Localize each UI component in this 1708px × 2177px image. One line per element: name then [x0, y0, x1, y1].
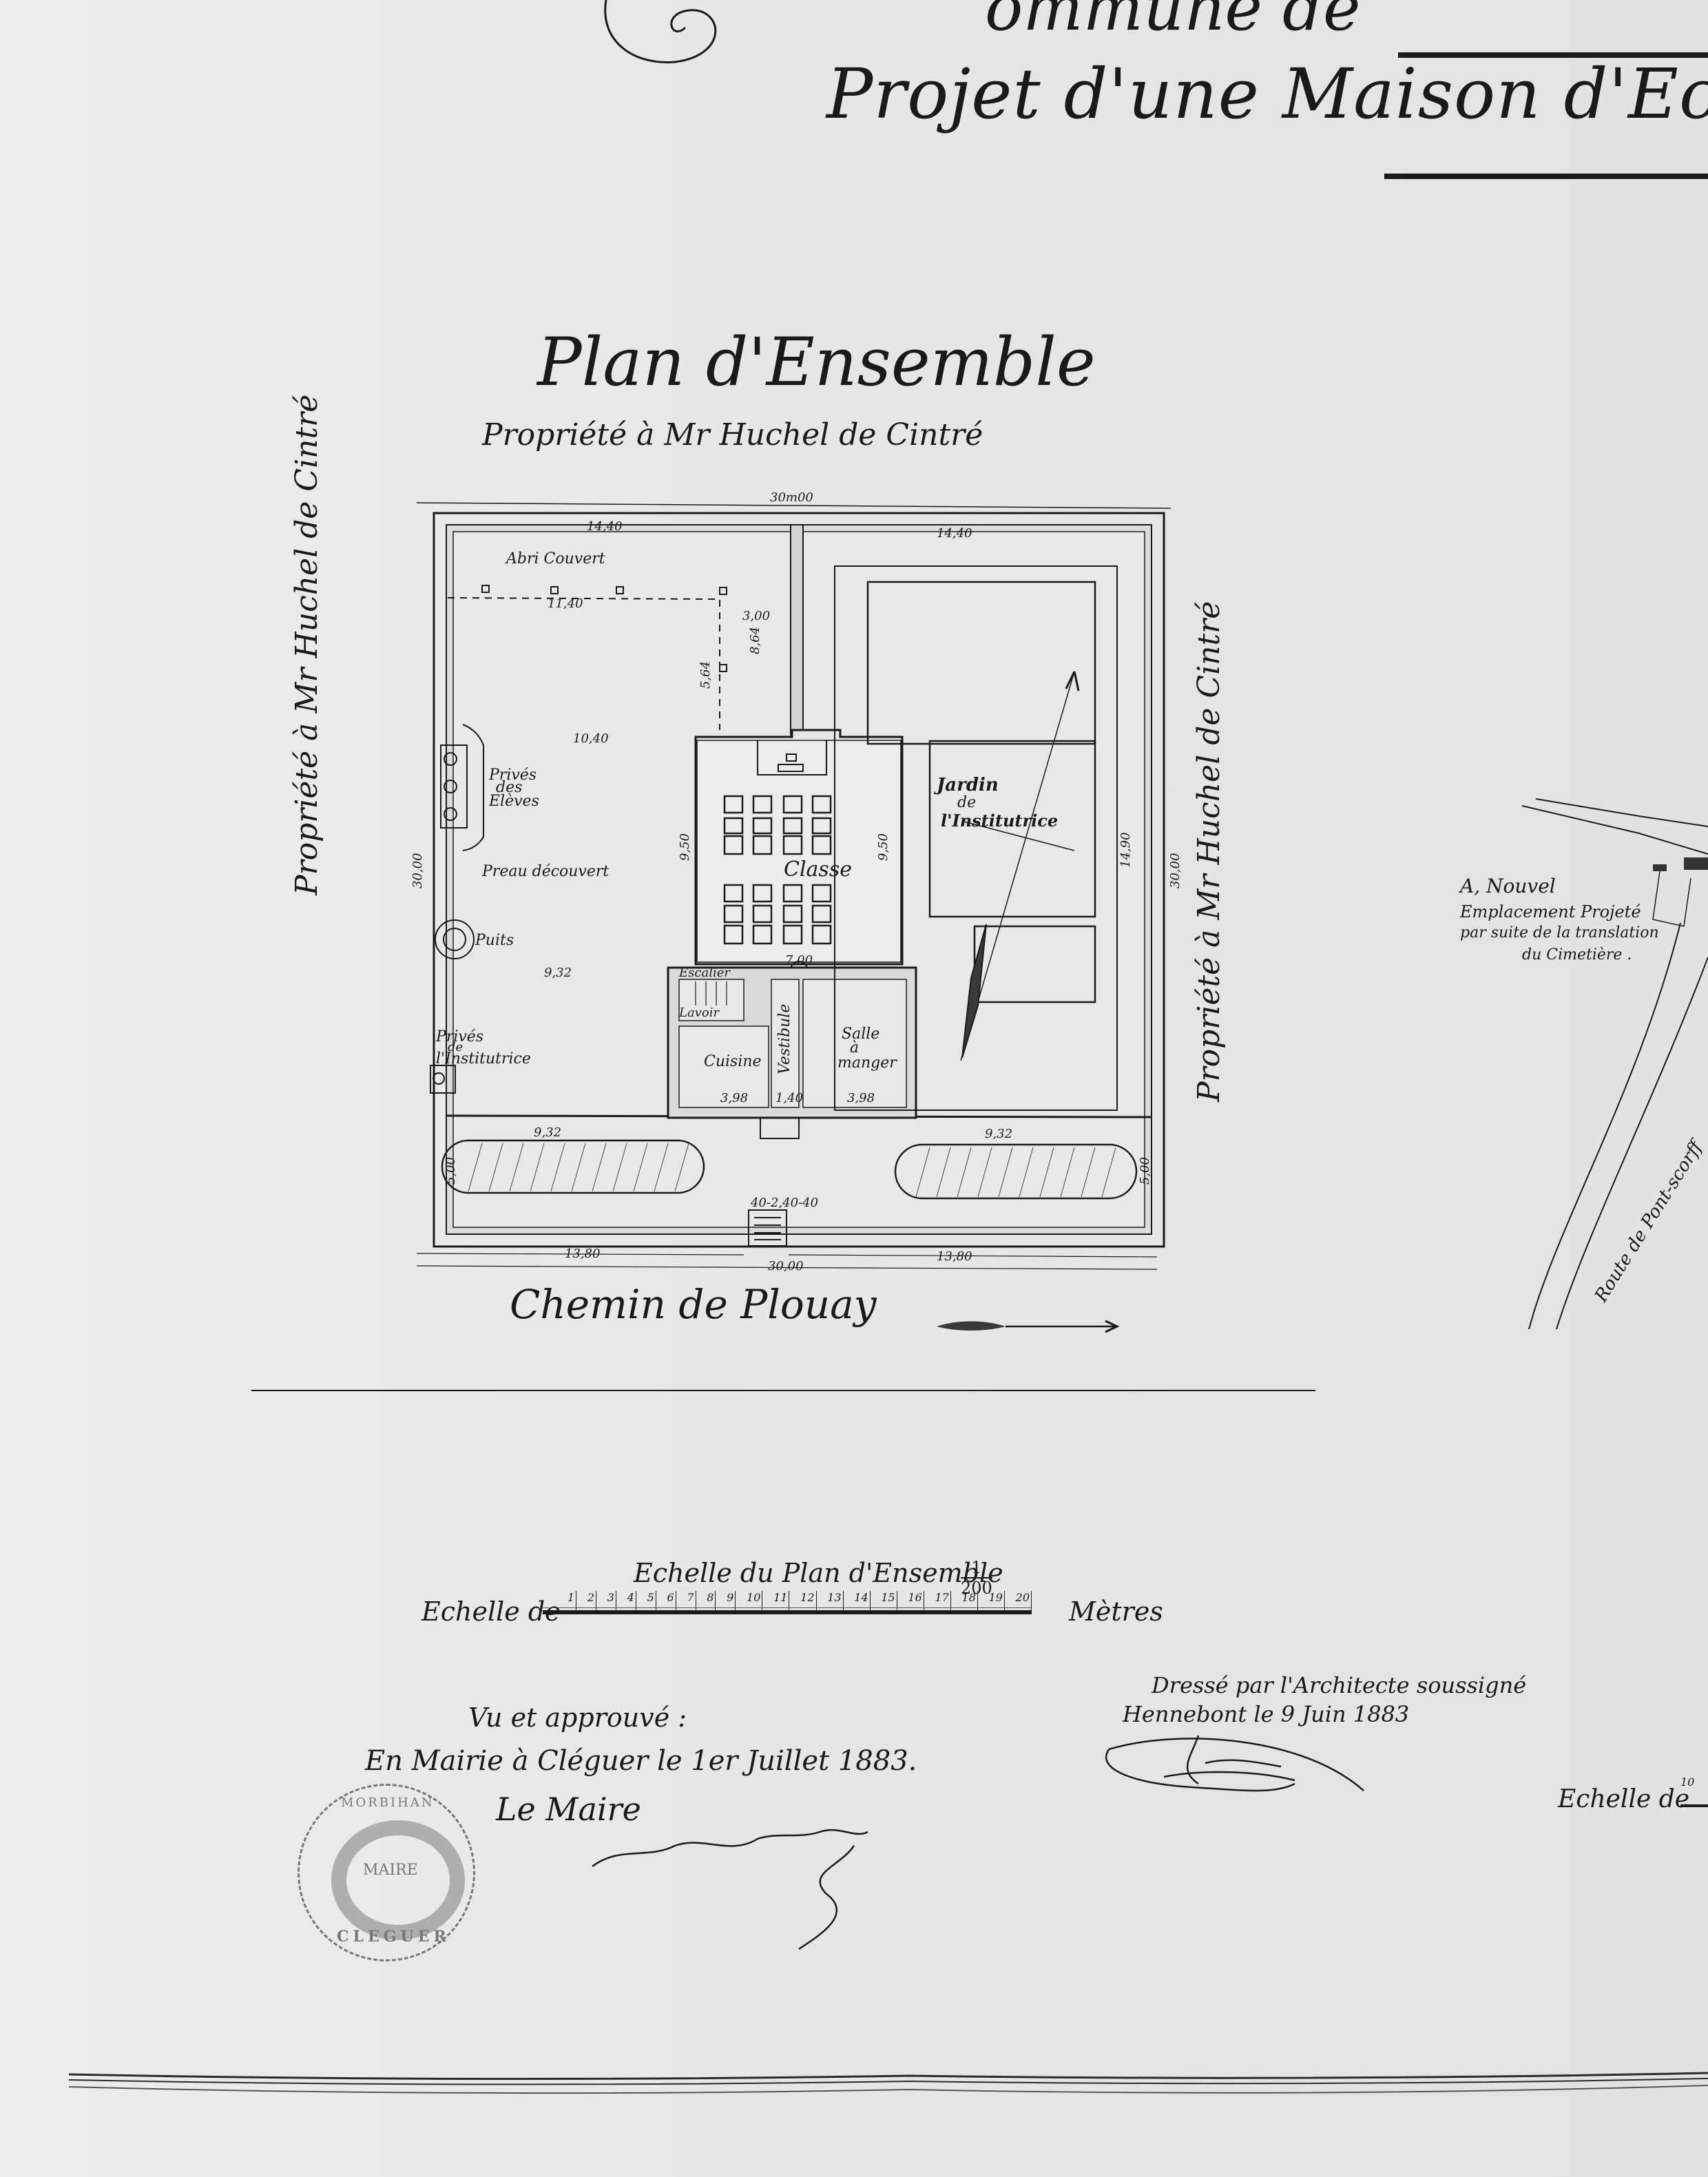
dim-front-depth-left: 5,00: [444, 1157, 458, 1185]
garden-label-2: de: [957, 794, 976, 811]
room-abri-label: Abri Couvert: [505, 550, 605, 567]
scale-title: Echelle du Plan d'Ensemble: [634, 1558, 1003, 1588]
scale-tick-label: 20: [1016, 1591, 1032, 1612]
scale-tick-label: 15: [881, 1591, 897, 1612]
dim-front-right: 9,32: [985, 1127, 1012, 1141]
room-preau-label: Preau découvert: [481, 863, 609, 880]
scale-tick-label: 14: [854, 1591, 870, 1612]
dim-classe-depth: 9,50: [678, 833, 692, 861]
architect-line2: Hennebont le 9 Juin 1883: [1123, 1701, 1409, 1727]
scale-tick-label: 19: [989, 1591, 1005, 1612]
dim-vestibule-width: 1,40: [775, 1091, 803, 1105]
separator-line: [251, 1390, 1315, 1391]
left-neighbor-label: Propriété à Mr Huchel de Cintré: [289, 395, 324, 895]
stamp-center-text: MAIRE: [363, 1862, 418, 1879]
garden-label-1: Jardin: [933, 775, 999, 795]
scale-tick-label: 17: [935, 1591, 950, 1612]
dim-overall-left: 30,00: [410, 853, 425, 888]
annex-label-line3: par suite de la translation: [1460, 924, 1659, 941]
scale-tick-label: 5: [647, 1591, 656, 1612]
scale-tick-label: 6: [667, 1591, 676, 1612]
room-prives-inst-3: l'Institutrice: [436, 1050, 531, 1067]
title-rule-bottom: [1384, 174, 1708, 179]
dim-classe-depth-right: 9,50: [876, 833, 891, 861]
stamp-top-text: MORBIHAN: [341, 1795, 435, 1810]
plan-title: Plan d'Ensemble: [537, 324, 1096, 401]
annex-label-line2: Emplacement Projeté: [1460, 902, 1641, 921]
annex-label-line4: du Cimetière .: [1522, 946, 1632, 963]
room-lavoir-label: Lavoir: [678, 1006, 720, 1020]
dim-bottom-left: 13,80: [565, 1247, 601, 1261]
scale-bar: 1234567891011121314151617181920: [543, 1591, 1039, 1625]
stamp-bottom-text: CLEGUER: [337, 1928, 450, 1946]
scale-tick-label: 9: [727, 1591, 736, 1612]
dim-cuisine-width: 3,98: [720, 1091, 748, 1105]
dim-left-width: 14,40: [587, 519, 623, 534]
scale-tick-label: 11: [773, 1591, 789, 1612]
scale-tick-label: 16: [908, 1591, 924, 1612]
scale-tick-label: 8: [707, 1591, 716, 1612]
approval-line2: En Mairie à Cléguer le 1er Juillet 1883.: [365, 1745, 917, 1777]
flourish-icon: [592, 0, 868, 110]
scale-unit: Mètres: [1069, 1596, 1163, 1627]
scale-left-label: Echelle de: [421, 1596, 561, 1627]
room-puits-label: Puits: [475, 932, 514, 949]
right-scale-bar: [1680, 1804, 1708, 1807]
dim-gate: 40-2,40-40: [750, 1196, 818, 1210]
dim-abri-side: 8,64: [748, 627, 762, 654]
room-classe-label: Classe: [784, 857, 852, 882]
scale-tick-label: 4: [627, 1591, 636, 1612]
road-direction-arrow-icon: [930, 1315, 1123, 1336]
dim-classe-width: 7,00: [785, 953, 813, 968]
dim-front-left: 9,32: [534, 1125, 561, 1140]
dim-right-width: 14,40: [937, 526, 972, 541]
right-scale-tick: 10: [1680, 1775, 1694, 1789]
room-salle-3: manger: [837, 1054, 897, 1072]
annex-site-sketch: [1515, 744, 1708, 1329]
commune-heading: ommune de: [985, 0, 1360, 45]
dim-bottom-right: 13,80: [937, 1249, 972, 1264]
architect-line1: Dressé par l'Architecte soussigné: [1152, 1672, 1526, 1698]
room-vestibule-label: Vestibule: [776, 1004, 793, 1074]
scale-tick-label: 2: [587, 1591, 596, 1612]
dim-garden-right-depth: 14,90: [1118, 832, 1133, 868]
dim-overall-right: 30,00: [1168, 853, 1183, 888]
room-cuisine-label: Cuisine: [704, 1053, 762, 1070]
dim-overall-top: 30m00: [770, 490, 813, 505]
project-title: Projet d'une Maison d'Ecole: [826, 54, 1708, 134]
site-plan-drawing: 30m00 14,40 14,40 Abri Couvert 11,40 3,0…: [386, 482, 1198, 1281]
room-escalier-label: Escalier: [678, 966, 731, 980]
architect-signature-icon: [1095, 1729, 1384, 1811]
dim-front-depth-right: 5,00: [1138, 1157, 1152, 1185]
dim-abri-inner: 5,64: [698, 661, 713, 689]
top-neighbor-label: Propriété à Mr Huchel de Cintré: [482, 417, 983, 452]
annex-label-title: A, Nouvel: [1460, 875, 1556, 897]
scale-tick-label: 1: [567, 1591, 576, 1612]
wreath-icon: [331, 1820, 465, 1940]
mairie-stamp: MORBIHAN MAIRE CLEGUER: [298, 1784, 475, 1961]
mayor-signature-icon: [579, 1818, 895, 1956]
dim-salle-width: 3,98: [847, 1091, 875, 1105]
scale-tick-label: 13: [827, 1591, 843, 1612]
scale-ratio-numerator: 1: [961, 1558, 992, 1579]
approval-line1: Vu et approuvé :: [468, 1702, 687, 1733]
road-label: Chemin de Plouay: [510, 1281, 876, 1328]
right-scale-label: Echelle de: [1558, 1785, 1689, 1813]
scale-tick-label: 10: [747, 1591, 762, 1612]
dim-overall-bottom: 30,00: [768, 1259, 804, 1273]
scale-tick-label: 3: [607, 1591, 616, 1612]
scale-tick-label: 18: [962, 1591, 978, 1612]
garden-label-3: l'Institutrice: [941, 811, 1058, 831]
room-salle-1: Salle: [842, 1025, 879, 1043]
dim-preau-width: 10,40: [573, 731, 609, 746]
scale-tick-label: 7: [687, 1591, 696, 1612]
dim-preau-lower: 9,32: [544, 966, 572, 980]
sheet-border-lines: [69, 2066, 1708, 2101]
dim-abri-depth: 3,00: [742, 609, 770, 623]
dim-abri-span: 11,40: [548, 596, 583, 611]
room-prives-eleves-3: Elèves: [488, 793, 539, 810]
scale-tick-label: 12: [800, 1591, 816, 1612]
